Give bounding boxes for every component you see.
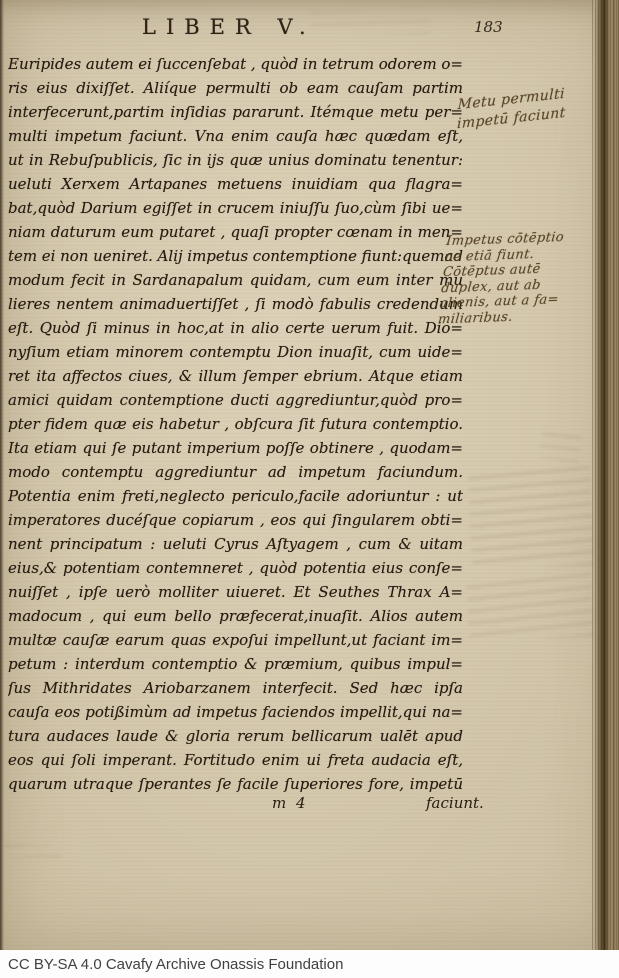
text-line: ris eius dixiſſet. Aliíque permulti ob e… xyxy=(8,76,463,100)
text-line: bat,quòd Darium egiſſet in crucem iniuſſ… xyxy=(8,196,463,220)
text-line: madocum , qui eum bello præfecerat,inuaſ… xyxy=(8,604,463,628)
text-line: tem ei non ueniret. Alij impetus contemp… xyxy=(8,244,463,268)
text-line: Euripides autem ei ſuccenſebat , quòd in… xyxy=(8,52,463,76)
text-line: tura audaces laude & gloria rerum bellic… xyxy=(8,724,463,748)
text-line: ſus Mithridates Ariobarzanem interfecit.… xyxy=(8,676,463,700)
margin-note-2: Impetus cōtēptione etiā fiunt.Cōtēptus a… xyxy=(437,230,566,328)
page-left-edge xyxy=(0,0,4,950)
text-line: ueluti Xerxem Artapanes metuens inuidiam… xyxy=(8,172,463,196)
ink-show-through xyxy=(4,845,60,857)
text-line: eſt. Quòd ſi minus in hoc,at in alio cer… xyxy=(8,316,463,340)
catchword: faciunt. xyxy=(426,794,484,812)
ink-show-through xyxy=(538,427,582,462)
page: LIBER V. 183 Euripides autem ei ſuccenſe… xyxy=(0,0,619,950)
text-line: quarum utraque ſperantes ſe facile ſuper… xyxy=(8,772,463,796)
attribution-text: CC BY-SA 4.0 Cavafy Archive Onassis Foun… xyxy=(8,956,343,973)
signature-mark: m xyxy=(272,794,286,812)
text-line: cauſa eos potißimùm ad impetus faciendos… xyxy=(8,700,463,724)
text-line: multi impetum faciunt. Vna enim cauſa hæ… xyxy=(8,124,463,148)
text-line: modum fecit in Sardanapalum quidam, cum … xyxy=(8,268,463,292)
text-line: eos qui ſoli imperant. Fortitudo enim ui… xyxy=(8,748,463,772)
signature-row: m 4 faciunt. xyxy=(8,794,463,818)
text-line: interfecerunt,partim inſidias pararunt. … xyxy=(8,100,463,124)
text-line: petum : interdum contemptio & præmium, q… xyxy=(8,652,463,676)
ink-show-through xyxy=(466,572,594,644)
text-line: ret ita affectos ciues, & illum ſemper e… xyxy=(8,364,463,388)
book-page-scan: LIBER V. 183 Euripides autem ei ſuccenſe… xyxy=(0,0,619,978)
text-line: amici quidam contemptione ducti aggrediu… xyxy=(8,388,463,412)
body-text: Euripides autem ei ſuccenſebat , quòd in… xyxy=(8,52,463,796)
ink-show-through xyxy=(310,12,430,34)
text-line: niam daturum eum putaret , quaſi propter… xyxy=(8,220,463,244)
text-line: nyſium etiam minorem contemptu Dion inua… xyxy=(8,340,463,364)
text-line: imperatores ducéſque copiarum , eos qui … xyxy=(8,508,463,532)
margin-note-1: Metu permultiimpetū faciunt xyxy=(457,85,567,135)
ink-show-through xyxy=(467,463,594,571)
page-number: 183 xyxy=(474,18,503,36)
text-line: lieres nentem animaduertiſſet , ſi modò … xyxy=(8,292,463,316)
text-line: multæ cauſæ earum quas expoſui impellunt… xyxy=(8,628,463,652)
text-line: ut in Rebuſpublicis, ſic in ijs quæ uniu… xyxy=(8,148,463,172)
book-fore-edge xyxy=(592,0,619,950)
text-line: nent principatum : ueluti Cyrus Aſtyagem… xyxy=(8,532,463,556)
text-line: modo contemptu aggrediuntur ad impetum f… xyxy=(8,460,463,484)
text-line: eius,& potentiam contemneret , quòd pote… xyxy=(8,556,463,580)
text-line: Potentia enim freti,neglecto periculo,fa… xyxy=(8,484,463,508)
attribution-bar: CC BY-SA 4.0 Cavafy Archive Onassis Foun… xyxy=(0,950,619,978)
signature-number: 4 xyxy=(296,794,306,812)
text-line: nuiſſet , ipſe uerò molliter uiueret. Et… xyxy=(8,580,463,604)
text-line: Ita etiam qui ſe putant imperium poſſe o… xyxy=(8,436,463,460)
text-line: pter fidem quæ eis habetur , obſcura ſit… xyxy=(8,412,463,436)
running-title: LIBER V. xyxy=(142,15,316,39)
